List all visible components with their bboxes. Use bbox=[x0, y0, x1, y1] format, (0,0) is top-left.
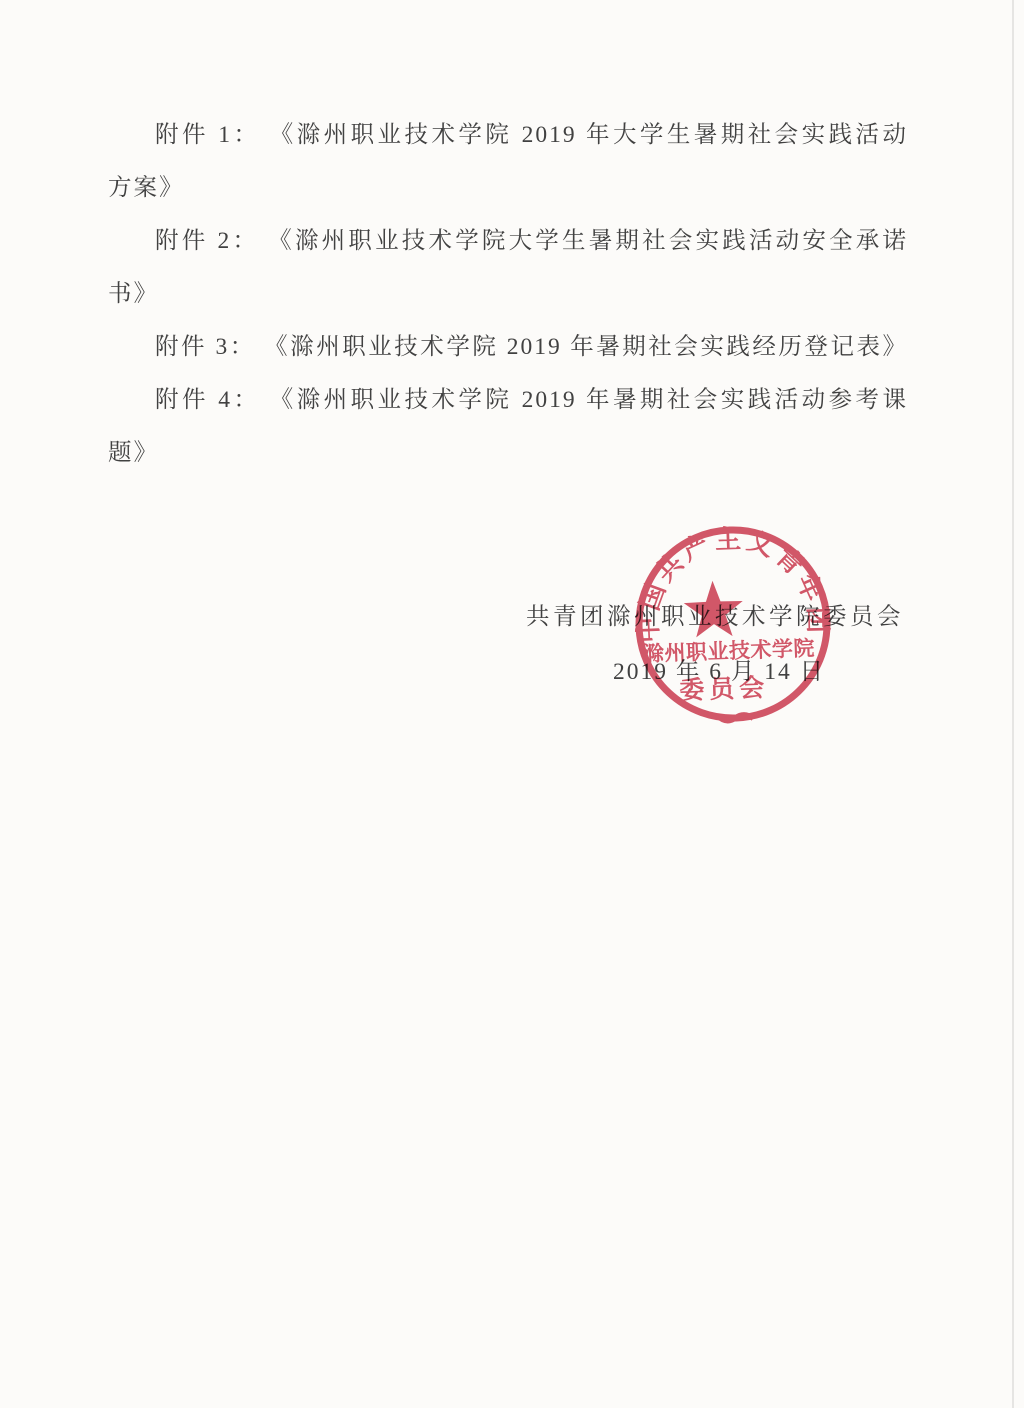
attachment-line-1: 附件 1： 《滁州职业技术学院 2019 年大学生暑期社会实践活动 bbox=[108, 109, 908, 162]
attachment-line-2-wrap: 书》 bbox=[108, 268, 908, 321]
attachment-list: 附件 1： 《滁州职业技术学院 2019 年大学生暑期社会实践活动 方案》 附件… bbox=[108, 109, 908, 480]
official-seal: 中国共产主义青年团 滁州职业技术学院 委员会 bbox=[629, 520, 838, 729]
attachment-line-1-wrap: 方案》 bbox=[108, 162, 908, 215]
attachment-line-3: 附件 3： 《滁州职业技术学院 2019 年暑期社会实践经历登记表》 bbox=[108, 321, 908, 374]
star-icon bbox=[683, 580, 744, 638]
scanned-document-page: 附件 1： 《滁州职业技术学院 2019 年大学生暑期社会实践活动 方案》 附件… bbox=[0, 0, 1024, 1408]
attachment-line-2: 附件 2： 《滁州职业技术学院大学生暑期社会实践活动安全承诺 bbox=[108, 215, 908, 268]
attachment-line-4-wrap: 题》 bbox=[108, 427, 908, 480]
seal-org-text: 滁州职业技术学院 bbox=[643, 636, 816, 666]
seal-arc-text: 中国共产主义青年团 bbox=[629, 521, 833, 644]
scan-edge-artifact bbox=[1012, 0, 1014, 1408]
attachment-line-4: 附件 4： 《滁州职业技术学院 2019 年暑期社会实践活动参考课 bbox=[108, 374, 908, 427]
seal-committee-text: 委员会 bbox=[679, 673, 770, 705]
